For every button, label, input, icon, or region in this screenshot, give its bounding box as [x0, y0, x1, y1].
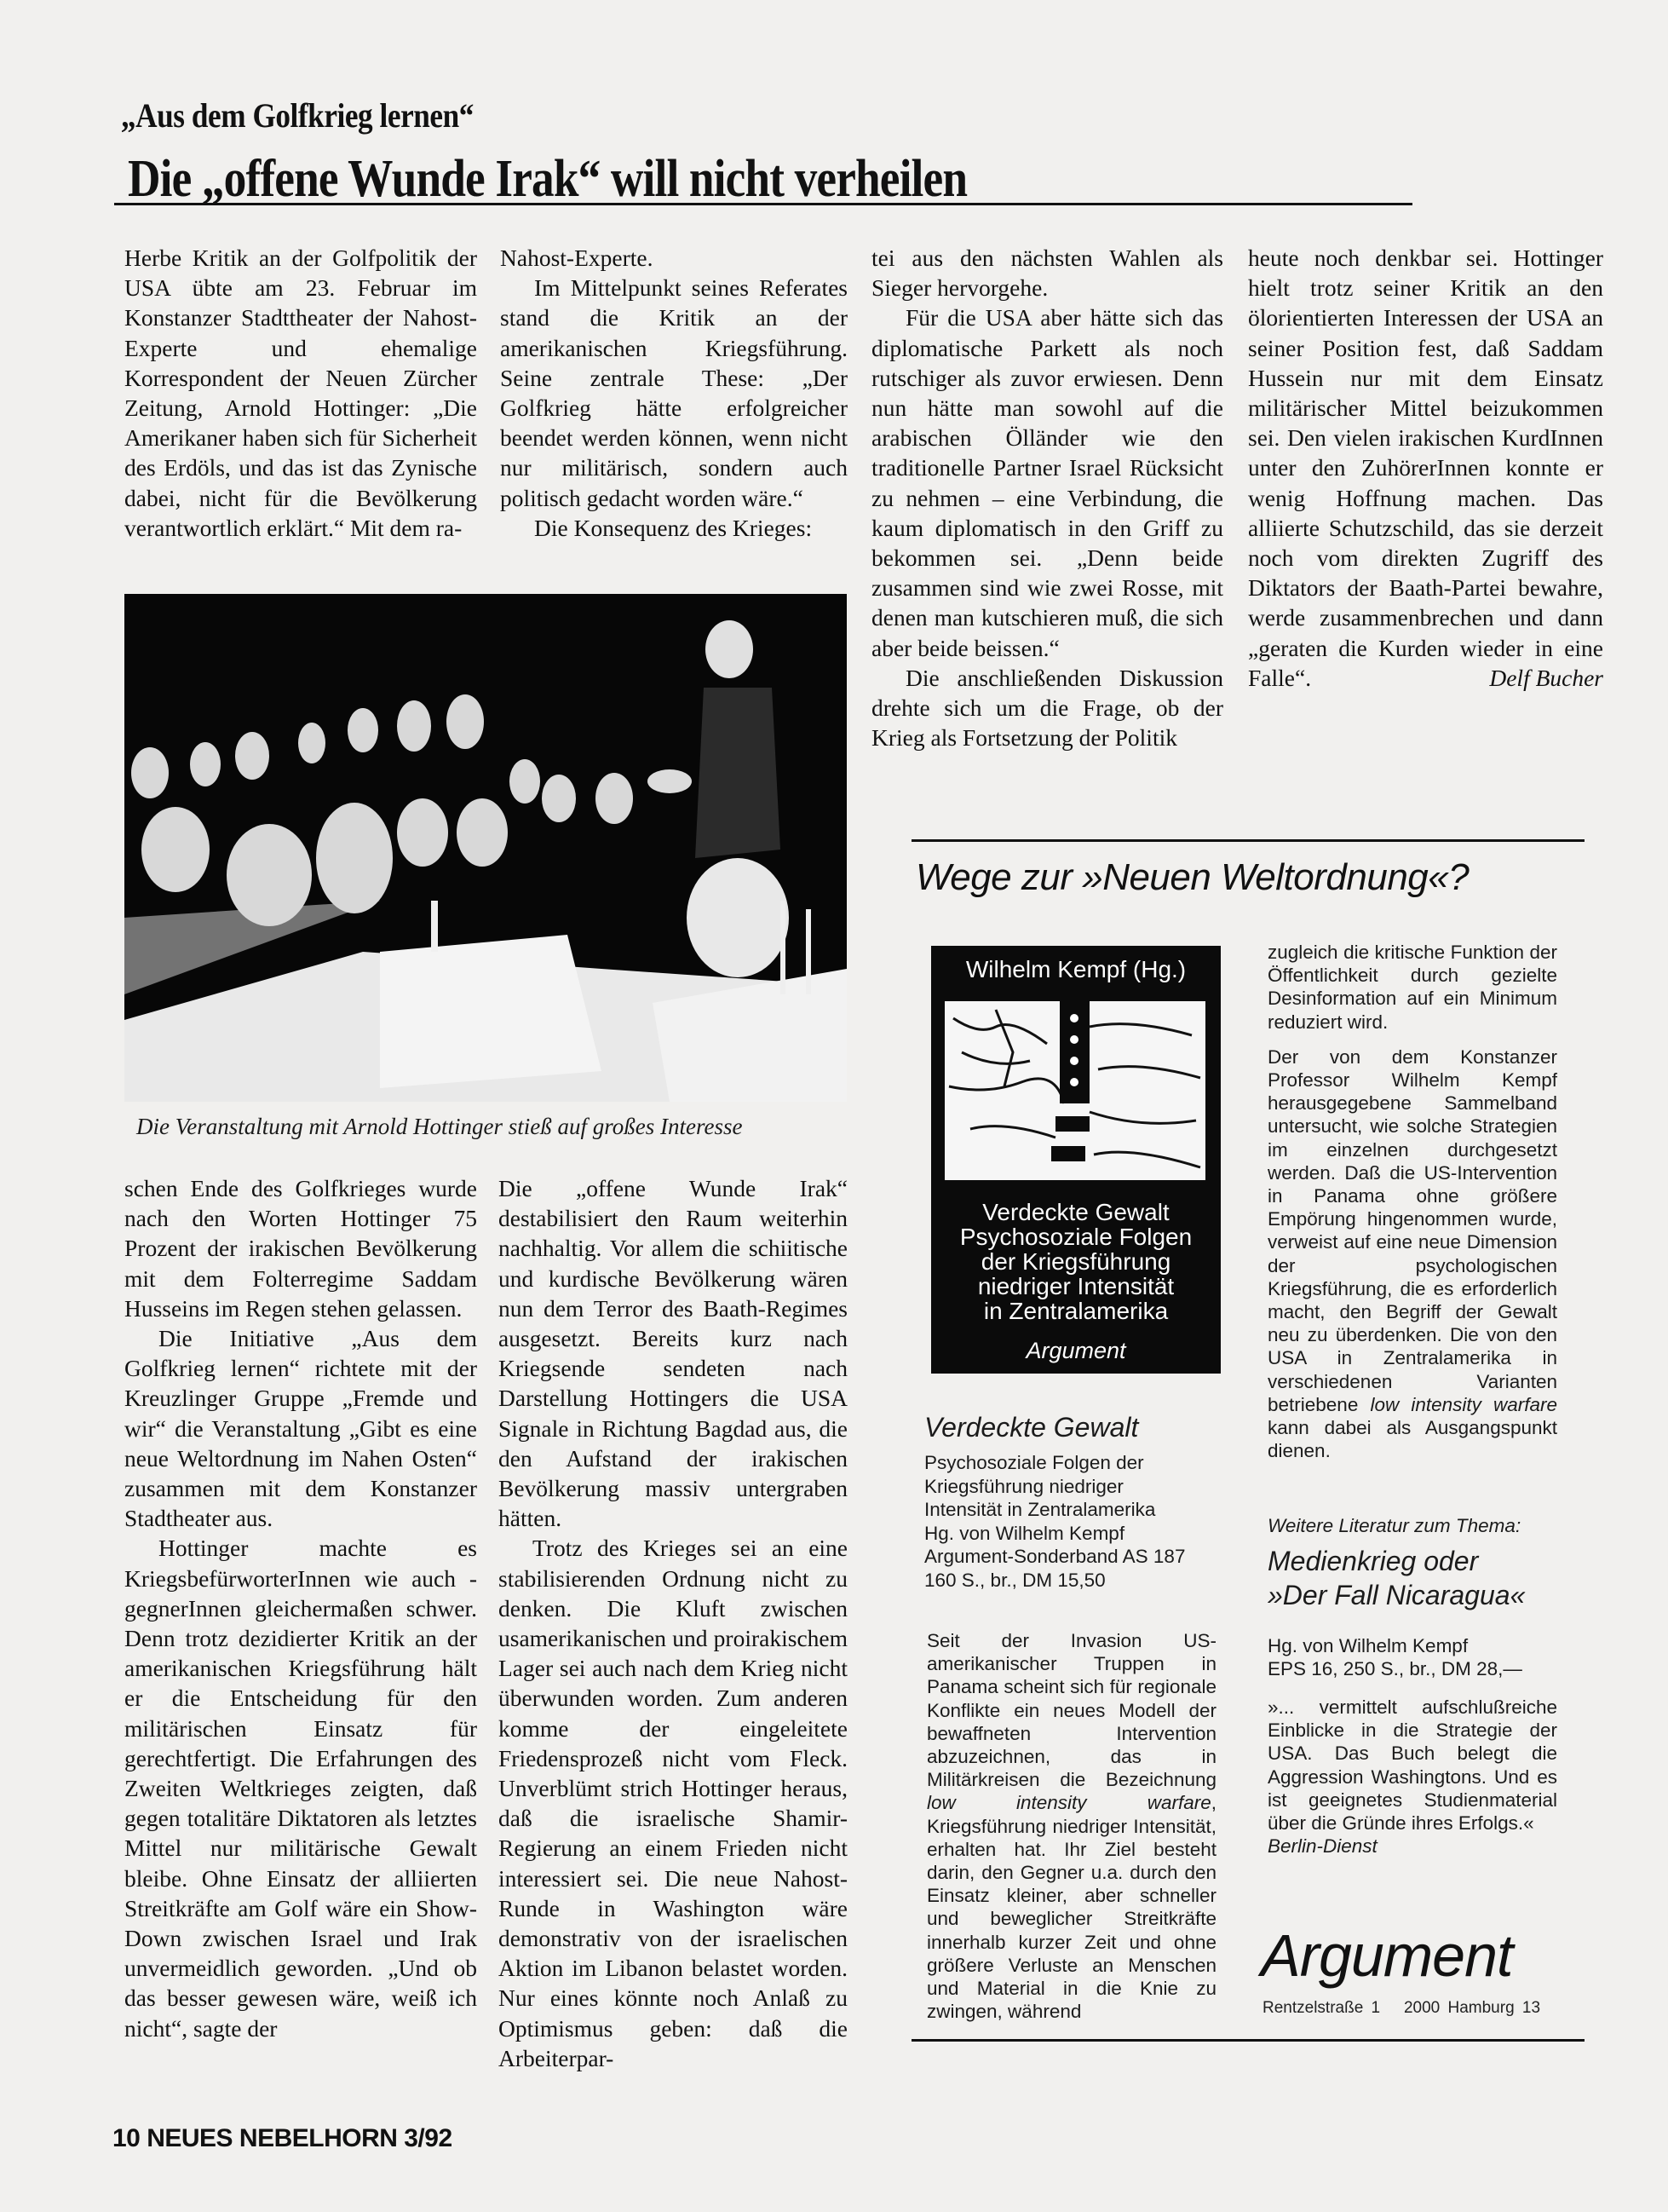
article-column-2: Nahost-Experte. Im Mittelpunkt seines Re… [500, 243, 848, 543]
headline-rule [114, 203, 1412, 205]
article-headline: Die „offene Wunde Irak“ will nicht verhe… [128, 149, 967, 210]
article-column-4: heute noch denkbar sei. Hottinger hielt … [1248, 243, 1603, 693]
publisher-address: Rentzelstraße 1 2000 Hamburg 13 [1263, 1999, 1540, 2018]
paragraph: Nahost-Experte. [500, 243, 848, 273]
article-column-5: schen Ende des Golfkrieges wurde nach de… [124, 1173, 477, 2043]
paragraph: tei aus den nächsten Wahlen als Sieger h… [871, 243, 1223, 302]
term-emphasis: low intensity warfare [927, 1792, 1211, 1813]
author-byline: Delf Bucher [1489, 663, 1603, 693]
photo-caption: Die Veranstaltung mit Arnold Hottinger s… [136, 1114, 742, 1140]
paragraph: Im Mittelpunkt seines Referates stand di… [500, 273, 848, 513]
article-column-3: tei aus den nächsten Wahlen als Sieger h… [871, 243, 1223, 752]
map-flag-icon [945, 1001, 1205, 1180]
paragraph: heute noch denkbar sei. Hottinger hielt … [1248, 243, 1603, 693]
book-cover: Wilhelm Kempf (Hg.) Verdeckte Gewalt Psy… [931, 946, 1221, 1374]
paragraph: Die Konsequenz des Krieges: [500, 513, 848, 543]
event-photo [124, 594, 847, 1102]
sidebar-right-text: zugleich die kritische Funktion der Öffe… [1268, 941, 1557, 1462]
further-reading-info: Hg. von Wilhelm Kempf EPS 16, 250 S., br… [1268, 1634, 1557, 1680]
paragraph: Hottinger machte es KriegsbefürworterInn… [124, 1533, 477, 2042]
publisher-logo: Argument [1261, 1921, 1512, 1990]
sidebar-left-text: Seit der Invasion US-amerikanischer Trup… [927, 1629, 1216, 2023]
article-column-1: Herbe Kritik an der Golfpolitik der USA … [124, 243, 477, 543]
article-kicker: „Aus dem Golfkrieg lernen“ [121, 95, 474, 135]
quote-source: Berlin-Dienst [1268, 1835, 1557, 1858]
paragraph: schen Ende des Golfkrieges wurde nach de… [124, 1173, 477, 1323]
page-footer: 10 NEUES NEBELHORN 3/92 [112, 2124, 452, 2153]
further-reading-label: Weitere Literatur zum Thema: [1268, 1515, 1521, 1537]
further-reading-title: Medienkrieg oder »Der Fall Nicaragua« [1268, 1544, 1525, 1612]
book-info: Psychosoziale Folgen der Kriegsführung n… [924, 1451, 1185, 1592]
paragraph: Für die USA aber hätte sich das diplomat… [871, 302, 1223, 662]
cover-title: Verdeckte Gewalt Psychosoziale Folgen de… [931, 1200, 1221, 1323]
term-emphasis: low intensity warfare [1370, 1394, 1557, 1415]
cover-editor: Wilhelm Kempf (Hg.) [931, 956, 1221, 983]
sidebar-bottom-rule [912, 2039, 1585, 2042]
sidebar-title: Wege zur »Neuen Weltordnung«? [916, 856, 1469, 899]
paragraph: Herbe Kritik an der Golfpolitik der USA … [124, 243, 477, 543]
paragraph: Die „offene Wunde Irak“ destabilisiert d… [498, 1173, 848, 1533]
paragraph: Die Initiative „Aus dem Golfkrieg lernen… [124, 1323, 477, 1533]
further-reading-quote: »... vermittelt aufschlußreiche Einblick… [1268, 1696, 1557, 1858]
sidebar-top-rule [912, 839, 1585, 842]
cover-publisher: Argument [931, 1338, 1221, 1364]
cover-map-image [945, 1001, 1205, 1180]
article-column-6: Die „offene Wunde Irak“ destabilisiert d… [498, 1173, 848, 2073]
book-title: Verdeckte Gewalt [924, 1412, 1138, 1443]
paragraph: Die anschließenden Diskussion drehte sic… [871, 663, 1223, 753]
paragraph: Trotz des Krieges sei an eine stabilisie… [498, 1533, 848, 2073]
audience-photo-icon [124, 594, 847, 1102]
